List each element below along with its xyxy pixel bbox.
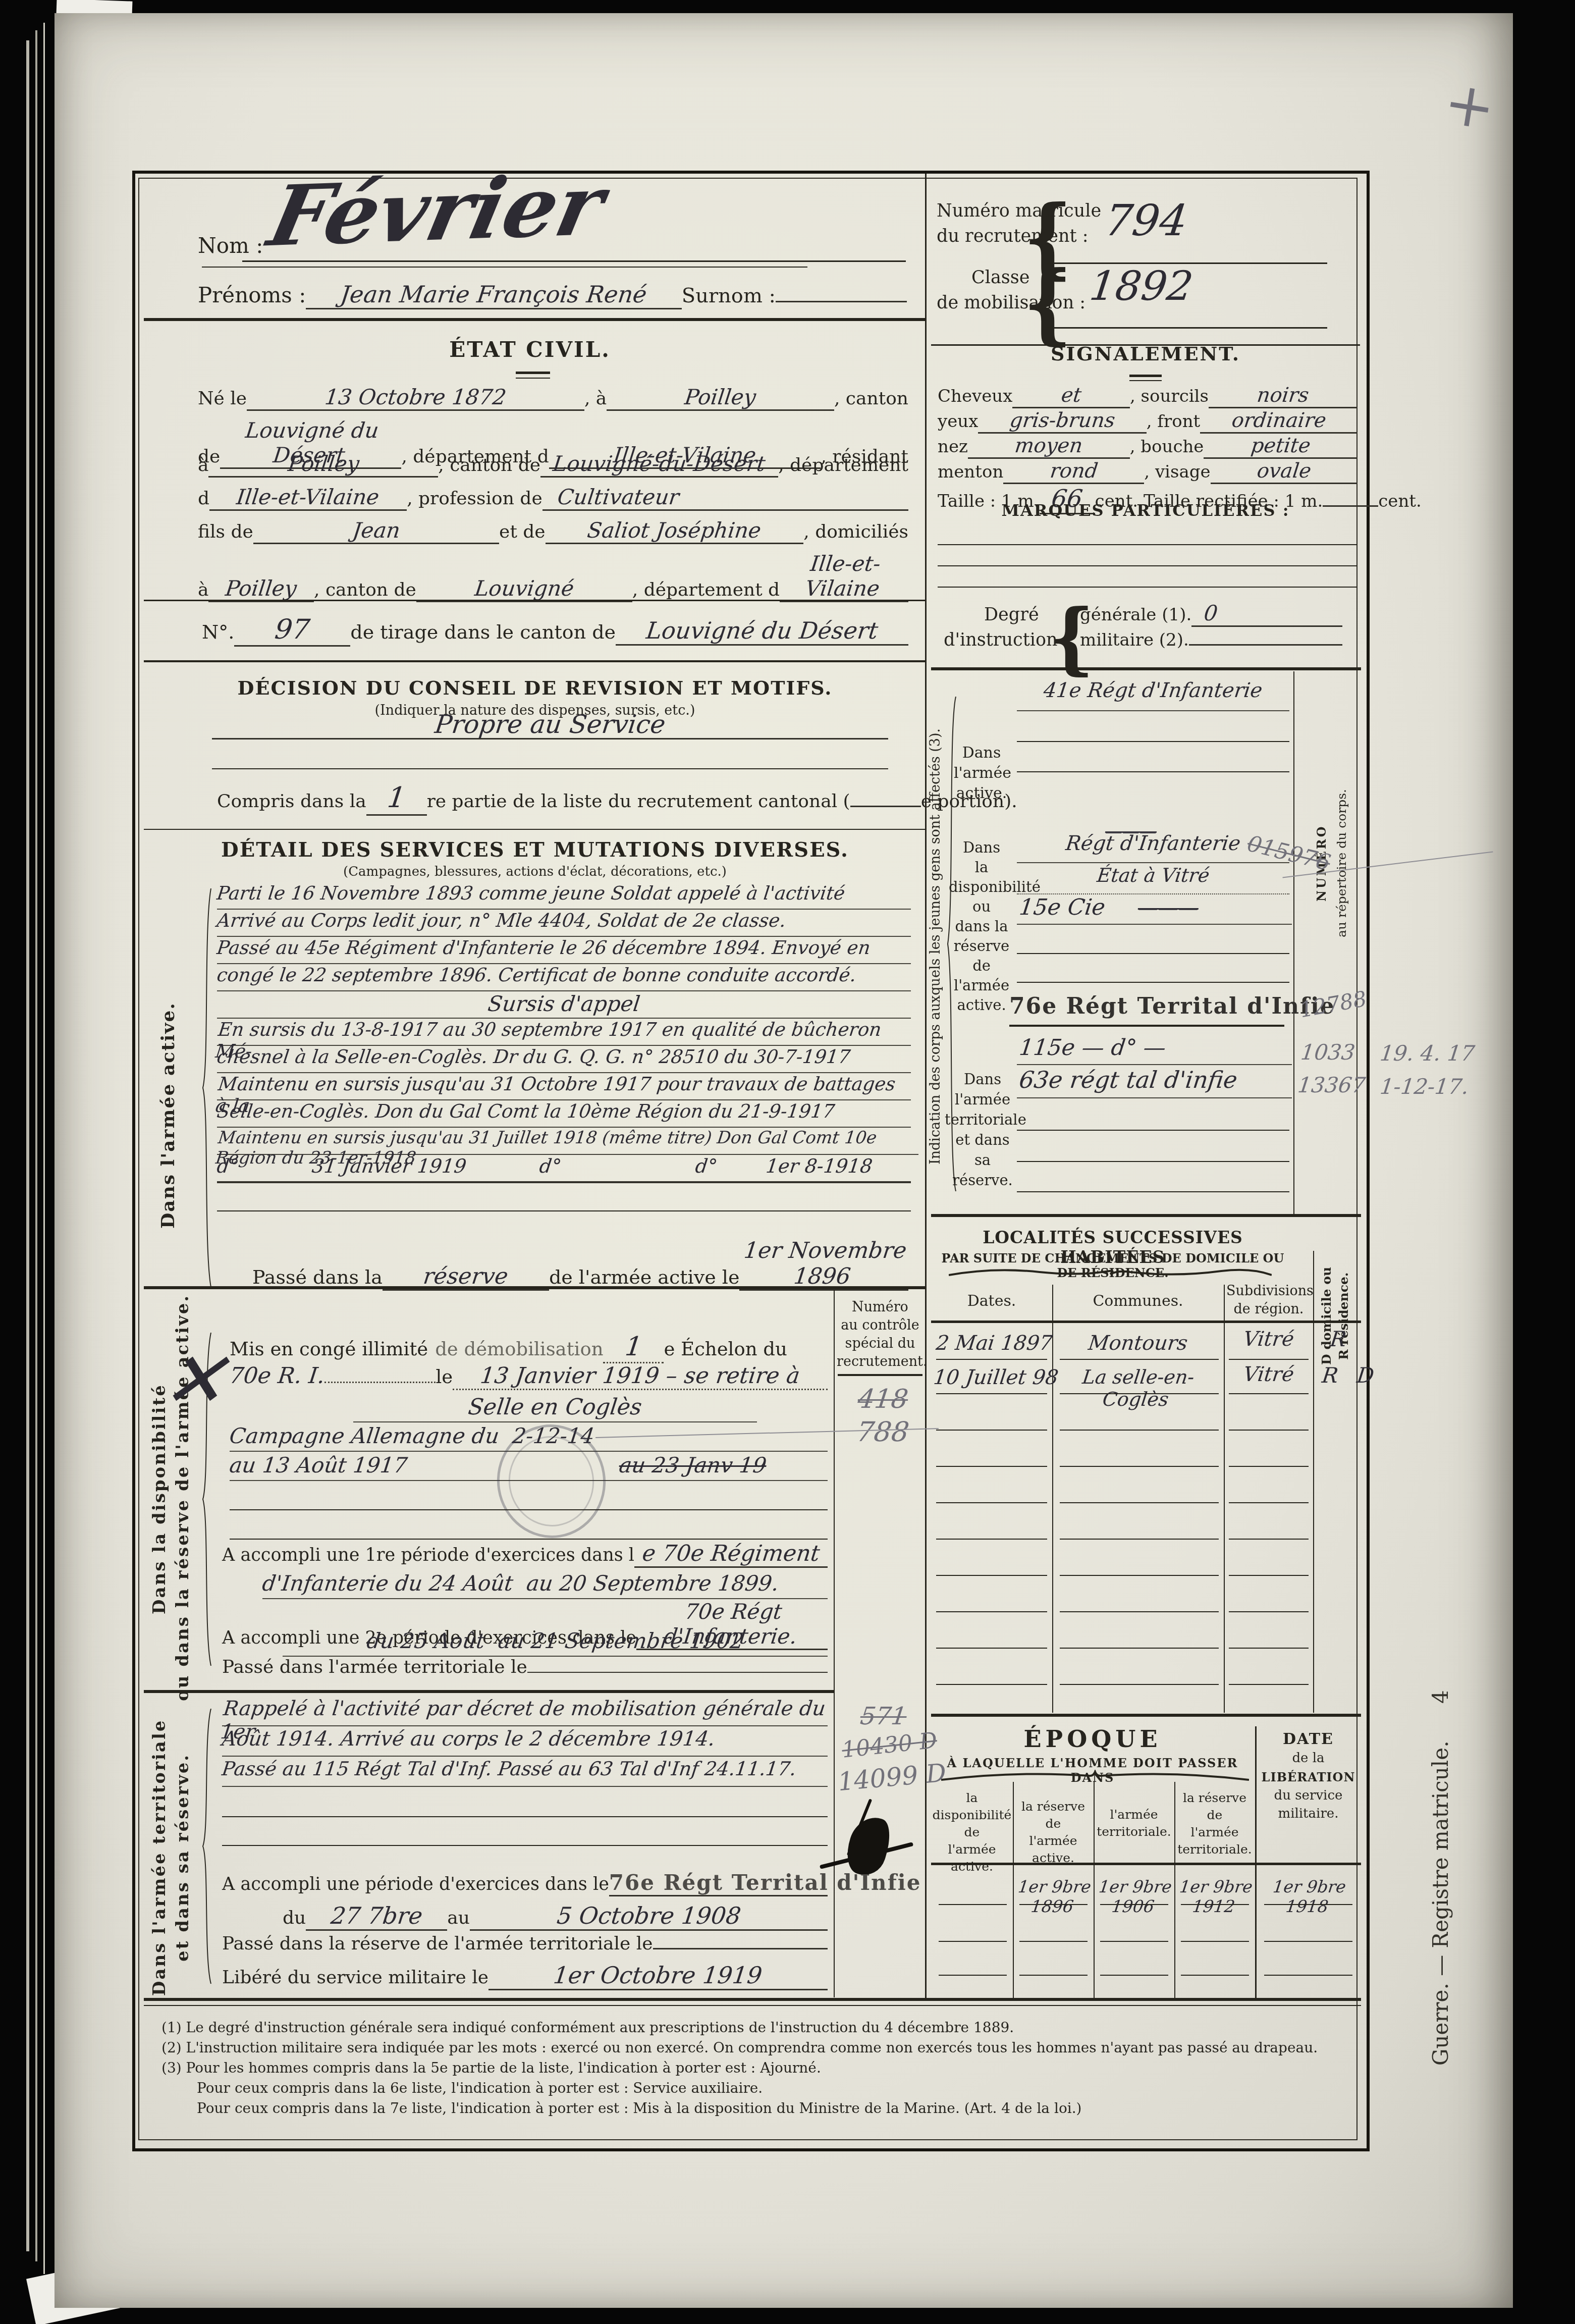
domicile-field: Poilley: [208, 576, 314, 602]
service-text: chesnel à la Selle-en-Coglès. Dr du G. Q…: [215, 1046, 851, 1068]
nom-label: Nom :: [198, 233, 263, 258]
terr-brace-icon: [201, 1709, 213, 1984]
a-label: à: [198, 455, 208, 476]
etat-civil-ornament: [516, 372, 550, 374]
localites-row-line: [1060, 1393, 1219, 1394]
degre-label-1: Degré: [984, 605, 1039, 625]
passe-date-field: 1er Novembre 1896: [739, 1238, 908, 1291]
departement-label: , département: [778, 455, 908, 476]
matricule-label-2: du recrutement :: [937, 226, 1089, 246]
terr-l4: sa réserve.: [952, 1151, 1013, 1189]
nez-label: nez: [938, 437, 968, 457]
main-column-divider: [925, 174, 927, 2001]
service-text: Passé au 45e Régiment d'Infanterie le 26…: [215, 937, 872, 959]
dispo-blank-line: [230, 1539, 828, 1540]
service-line-10: Maintenu en sursis jusqu'au 31 Juillet 1…: [217, 1128, 918, 1155]
section-rule: [144, 660, 925, 662]
repertoire-column-line: [1293, 671, 1294, 1214]
regiment-70-value: 70e R. I.: [228, 1363, 327, 1389]
service-line-9: Selle-en-Coglès. Don du Gal Comt la 10èm…: [217, 1100, 911, 1128]
localites-ornament-icon: [949, 1266, 1272, 1279]
spine-caption-number: 4: [1428, 1690, 1453, 1704]
dispo-entry-2: État à Vitré: [1017, 864, 1289, 894]
armee-active-l2: l'armée active.: [954, 764, 1011, 802]
dispo-l5: de: [972, 957, 991, 974]
dispo-l1: Dans: [963, 839, 1000, 856]
controle-header-rule: [838, 1374, 922, 1376]
localites-bottom-rule: [931, 1714, 1361, 1717]
page-edge-line: [35, 30, 37, 2261]
campagne-fin-struck: au 23 Janv 19: [618, 1453, 768, 1477]
dispo-entry-line: [1017, 982, 1289, 983]
signalement-ornament-2: [1129, 380, 1162, 381]
localites-empty-line: [1060, 1684, 1219, 1685]
epoque-value-territoriale: 1er 9bre 1906: [1093, 1877, 1176, 1916]
localites-header-sub-2: de région.: [1226, 1301, 1311, 1317]
corps-side-label: Indication des corps auxquels les jeunes…: [928, 686, 945, 1206]
et-de-label: et de: [499, 521, 546, 542]
rappel-text: Passé au 115 Régt Tal d'Inf. Passé au 63…: [221, 1758, 797, 1780]
localites-header-dr-2: R résidence.: [1336, 1258, 1351, 1374]
service-line-8: Maintenu en sursis jusqu'au 31 Octobre 1…: [217, 1073, 911, 1100]
service-line-1: Parti le 16 Novembre 1893 comme jeune So…: [217, 882, 911, 910]
dispo-blank-line: [230, 1509, 828, 1510]
localites-empty-line: [1229, 1502, 1309, 1503]
spine-caption-label: Guerre. — Registre matricule.: [1428, 1740, 1453, 2066]
spine-caption: Guerre. — Registre matricule. 4: [1428, 1651, 1453, 2105]
c3-l2: territoriale.: [1097, 1824, 1171, 1839]
conge-dotted-gap: [324, 1382, 436, 1383]
nez-row: nez moyen , bouche petite: [938, 434, 1357, 458]
epoque-value-line: [1019, 1904, 1088, 1905]
epoque-date-header-5: militaire.: [1257, 1806, 1360, 1821]
services-title: DÉTAIL DES SERVICES ET MUTATIONS DIVERSE…: [202, 838, 868, 862]
controle-l2: au contrôle: [841, 1317, 919, 1333]
demobilisation-label: de démobilisation: [435, 1338, 603, 1360]
passe-territoriale-label: Passé dans l'armée territoriale le: [222, 1657, 527, 1677]
entry-63-value: 63e régt tal d'infie: [1018, 1066, 1239, 1093]
dispo-regiment-value: Régt d'Infanterie: [1064, 832, 1242, 855]
decision-value: Propre au Service: [433, 710, 667, 739]
canton-label: , canton: [834, 388, 908, 409]
cent-label: cent.: [1378, 491, 1422, 511]
localites-empty-line: [936, 1648, 1047, 1649]
footnote-2: (2) L'instruction militaire sera indiqué…: [161, 2039, 1352, 2056]
c1-l3: de: [964, 1825, 980, 1839]
canton-de-label: , canton de: [438, 455, 540, 476]
d-label: d: [198, 488, 209, 509]
cheveux-label: Cheveux: [938, 386, 1012, 406]
services-bottom-rule: [144, 1286, 925, 1289]
localite-row-2-dr: R D: [1321, 1363, 1382, 1388]
entry-115: 115e — d° —: [1017, 1035, 1292, 1065]
etat-civil-row-3: à Poilley , canton de Louvigné-du-Désert…: [198, 451, 908, 483]
terr-entry-line: [1017, 1130, 1289, 1131]
marques-title: MARQUES PARTICULIÈRES :: [959, 501, 1332, 520]
localites-empty-line: [936, 1430, 1047, 1431]
a-label: , à: [584, 388, 607, 409]
profession-label: , profession de: [407, 488, 542, 509]
dispo-l6: l'armée active.: [954, 977, 1009, 1014]
militaire-label: militaire (2).: [1080, 630, 1189, 650]
degre-generale-row: générale (1). 0: [1080, 601, 1342, 625]
conge-row-2: 70e R. I. le 13 Janvier 1919 – se retire…: [230, 1363, 828, 1392]
localites-header-sub-1: Subdivisions: [1226, 1283, 1311, 1299]
epoque-value-line: [1181, 1904, 1249, 1905]
service-text: d° 31 Janvier 1919 d° d° 1er 8-1918: [215, 1155, 874, 1177]
nom-underline-2: [202, 267, 807, 268]
militaire-field: [1189, 644, 1342, 646]
etat-civil-row-4: d Ille-et-Vilaine , profession de Cultiv…: [198, 485, 908, 516]
c4-l3: l'armée: [1190, 1825, 1238, 1839]
controle-num-struck: 418: [856, 1384, 910, 1414]
matricule-value: 794: [1102, 196, 1190, 246]
localites-col-line-2: [1224, 1285, 1225, 1713]
epoque-empty-line: [1264, 1975, 1352, 1976]
periode-2-row: A accompli une 2e période d'exercices da…: [222, 1599, 828, 1627]
epoque-date-header: DATE: [1257, 1730, 1360, 1748]
page-edge-line: [43, 23, 45, 2274]
front-label: , front: [1147, 411, 1200, 432]
terr-blank-line: [222, 1845, 828, 1846]
numero-label: N°.: [202, 621, 234, 643]
epoque-value-liberation: 1er 9bre 1918: [1257, 1877, 1360, 1916]
profession-field: Cultivateur: [542, 485, 908, 511]
dispo-compagnie-struck: ———: [1136, 896, 1200, 920]
service-line-6: En sursis du 13-8-1917 au 30 septembre 1…: [217, 1019, 911, 1046]
localite-row-2-commune: La selle-en-Coglès: [1051, 1366, 1223, 1410]
corner-cross-mark: +: [1439, 67, 1500, 144]
armee-active-le-label: de l'armée active le: [549, 1266, 739, 1288]
surnom-label: Surnom :: [682, 284, 776, 307]
terr-side-label-2: et dans sa réserve.: [173, 1731, 193, 1984]
campagne-debut: au 13 Août 1917: [228, 1453, 409, 1477]
terr-periode-label: A accompli une période d'exercices dans …: [222, 1874, 609, 1894]
localites-header-dates: Dates.: [934, 1292, 1050, 1310]
terr-periode-field: 76e Régt Territal d'Infie: [609, 1870, 828, 1896]
localites-empty-line: [936, 1466, 1047, 1467]
epoque-title: ÉPOQUE: [931, 1725, 1254, 1753]
tirage-number-field: 97: [234, 613, 350, 647]
page-edge-line: [26, 40, 29, 2251]
sourcils-label: , sourcils: [1130, 386, 1209, 406]
service-text: Selle-en-Coglès. Don du Gal Comt la 10èm…: [215, 1100, 836, 1122]
signalement-ornament: [1129, 375, 1162, 377]
localites-row-line: [936, 1359, 1047, 1360]
entry-63-number: 13367: [1296, 1073, 1367, 1097]
margin-num-571: 571: [859, 1702, 909, 1730]
localites-empty-line: [1060, 1539, 1219, 1540]
controle-l4: recrutement.: [837, 1354, 928, 1369]
visage-label: , visage: [1144, 462, 1210, 482]
service-line-4: congé le 22 septembre 1896. Certificat d…: [217, 964, 911, 991]
menton-field: rond: [1003, 459, 1144, 484]
epoque-empty-line: [1181, 1941, 1249, 1942]
menton-row: menton rond , visage ovale: [938, 459, 1357, 484]
localites-header-communes: Communes.: [1055, 1292, 1221, 1310]
terr-l3: et dans: [955, 1131, 1009, 1148]
compris-label-2: re partie de la liste du recrutement can…: [427, 791, 850, 812]
etat-civil-ornament-2: [516, 378, 550, 379]
etat-civil-row-6: à Poilley , canton de Louvigné , départe…: [198, 551, 908, 583]
prenoms-label: Prénoms :: [198, 283, 306, 307]
section-rule: [144, 829, 925, 830]
periode-1-row: A accompli une 1re période d'exercices d…: [222, 1541, 828, 1570]
dispo-etat-vitre-value: État à Vitré: [1096, 864, 1211, 886]
marques-line: [938, 565, 1357, 566]
bouche-field: petite: [1204, 434, 1357, 459]
localite-row-1-commune: Montours: [1058, 1332, 1218, 1355]
localites-empty-line: [936, 1575, 1047, 1576]
localites-header-dr-1: D domicile ou: [1319, 1253, 1334, 1379]
scanned-register-page: { "corner": { "mark": "+" }, "spine": { …: [0, 0, 1575, 2324]
dispo-l3: ou: [972, 898, 991, 915]
etat-civil-row-2: de Louvigné du Désert , département d Il…: [198, 418, 908, 449]
mother-field: Saliot Joséphine: [546, 518, 804, 544]
entry-115-number: 1033: [1299, 1040, 1356, 1065]
cheveux-field: et: [1012, 384, 1130, 408]
terr-periode-dates-row: du 27 7bre au 5 Octobre 1908: [283, 1902, 828, 1931]
service-line-3: Passé au 45e Régiment d'Infanterie le 26…: [217, 937, 911, 964]
localites-empty-line: [1229, 1611, 1309, 1612]
terr-side-label-1: Dans l'armée territoriale: [149, 1711, 170, 2004]
bouche-label: , bouche: [1130, 437, 1204, 457]
epoque-empty-line: [939, 1975, 1007, 1976]
passe-label: Passé dans la: [252, 1266, 383, 1288]
epoque-empty-line: [1100, 1941, 1168, 1942]
localites-col-line-1: [1052, 1285, 1053, 1713]
compris-portion-field: [850, 806, 921, 807]
marques-line: [938, 544, 1357, 545]
marques-line: [938, 587, 1357, 588]
decision-value-field: Propre au Service: [212, 706, 888, 740]
conge-row-1: Mis en congé illimité de démobilisation …: [230, 1332, 828, 1361]
father-field: Jean: [253, 518, 499, 544]
c1-l2: disponibilité: [933, 1808, 1012, 1822]
matricule-label-1: Numéro matricule: [937, 201, 1101, 221]
localites-empty-line: [1229, 1430, 1309, 1431]
localites-empty-line: [1060, 1575, 1219, 1576]
armee-active-l1: Dans: [962, 744, 1001, 762]
tirage-label: de tirage dans le canton de: [350, 621, 616, 643]
section-rule: [144, 600, 925, 601]
passe-reserve-terr-label: Passé dans la réserve de l'armée territo…: [222, 1933, 653, 1954]
localites-empty-line: [936, 1684, 1047, 1685]
libere-label: Libéré du service militaire le: [222, 1967, 488, 1988]
localites-empty-line: [1060, 1648, 1219, 1649]
compris-number-field: 1: [366, 781, 427, 816]
repertoire-header-2: au répertoire du corps.: [1334, 742, 1349, 984]
passe-reserve-terr-row: Passé dans la réserve de l'armée territo…: [222, 1933, 828, 1961]
decision-blank-line: [212, 768, 888, 769]
stamp-underline: [1009, 1025, 1284, 1027]
localite-row-1-date: 2 Mai 1897: [935, 1332, 1054, 1355]
stamp-76-regiment: 76e Régt Territal d'Infie: [1009, 993, 1335, 1019]
fils-de-label: fils de: [198, 521, 253, 542]
rappel-line-1: Rappelé à l'activité par décret de mobil…: [222, 1697, 828, 1726]
visage-field: ovale: [1211, 459, 1357, 484]
generale-label: générale (1).: [1080, 605, 1191, 625]
degre-militaire-row: militaire (2).: [1080, 630, 1342, 654]
active-brace-icon: [200, 888, 213, 1287]
localites-empty-line: [1060, 1502, 1219, 1503]
localites-header-rule: [931, 1321, 1361, 1323]
service-line-5: Sursis d'appel: [217, 991, 911, 1019]
dispo-entry-line: [1017, 953, 1289, 954]
ne-le-label: Né le: [198, 388, 247, 409]
residence-canton-field: Louvigné-du-Désert: [540, 451, 778, 478]
tirage-row: N°. 97 de tirage dans le canton de Louvi…: [202, 613, 908, 648]
mis-en-conge-label: Mis en congé illimité: [230, 1338, 428, 1360]
passe-territoriale-field: [527, 1672, 828, 1673]
birth-place-field: Poilley: [607, 385, 834, 411]
retire-value: Selle en Coglès: [467, 1394, 643, 1420]
localites-row-line: [936, 1393, 1047, 1394]
active-entry-1: 41e Régt d'Infanterie: [1017, 679, 1289, 711]
footnotes-top-rule: [144, 1998, 1361, 2001]
localites-empty-line: [936, 1502, 1047, 1503]
c4-l2: de: [1207, 1808, 1223, 1822]
passe-reserve-row: Passé dans la réserve de l'armée active …: [252, 1238, 908, 1268]
dispo-bottom-rule: [144, 1690, 834, 1693]
c1-l1: la: [966, 1790, 978, 1805]
localites-empty-line: [1229, 1466, 1309, 1467]
controle-l1: Numéro: [852, 1299, 908, 1315]
controle-num: 788: [855, 1416, 911, 1448]
name-signature: Février: [261, 156, 613, 266]
periode-1b-field: d'Infanterie du 24 Août au 20 Septembre …: [262, 1571, 828, 1599]
c2-l1: la réserve: [1021, 1799, 1085, 1814]
localite-row-2-date: 10 Juillet 98: [932, 1366, 1060, 1389]
terr-l2: territoriale: [945, 1111, 1026, 1128]
echelon-num-field: 1: [603, 1332, 664, 1363]
classe-label-1: Classe: [971, 268, 1029, 288]
epoque-date-header-2: de la: [1257, 1751, 1360, 1766]
armee-active-label: Dans l'armée active.: [954, 743, 1009, 804]
localite-row-1-sub: Vitré: [1227, 1328, 1310, 1351]
localites-empty-line: [1060, 1466, 1219, 1467]
terr-entry-line: [1017, 1191, 1289, 1192]
echelon-label: e Échelon du: [664, 1338, 787, 1360]
epoque-brace-icon: [941, 1770, 1249, 1782]
active-entry-line: [1017, 771, 1289, 772]
nom-underline: [242, 260, 906, 262]
controle-l3: spécial du: [845, 1336, 915, 1351]
localites-empty-line: [1229, 1575, 1309, 1576]
epoque-empty-line: [939, 1941, 1007, 1942]
terr-entry-line: [1017, 1161, 1289, 1162]
epoque-value-line: [1100, 1904, 1168, 1905]
localites-empty-line: [1060, 1430, 1219, 1431]
terr-l1: Dans l'armée: [955, 1071, 1010, 1108]
etat-civil-row-5: fils de Jean et de Saliot Joséphine , do…: [198, 518, 908, 549]
residence-departement-field: Ille-et-Vilaine: [209, 485, 407, 511]
signalement-title: SIGNALEMENT.: [969, 342, 1322, 365]
prenoms-field: Jean Marie François René: [306, 281, 681, 309]
etat-civil-title: ÉTAT CIVIL.: [353, 337, 707, 362]
epoque-value-line: [1264, 1904, 1352, 1905]
footnotes-top-rule-2: [144, 2005, 1361, 2006]
epoque-col4-header: la réservedel'arméeterritoriale.: [1175, 1789, 1254, 1858]
periode-1-field: e 70e Régiment: [634, 1541, 828, 1568]
yeux-row: yeux gris-bruns , front ordinaire: [938, 409, 1357, 433]
footnote-1: (1) Le degré d'instruction générale sera…: [161, 2019, 1352, 2036]
service-blank-line: [217, 1210, 911, 1211]
au-label: au: [447, 1908, 470, 1928]
dispo-entry-3: 15e Cie ———: [1017, 894, 1292, 925]
territoriale-side-label: Dans l'armée territoriale et dans sa rés…: [945, 1069, 1020, 1190]
entry-63-date: 1-12-17.: [1379, 1074, 1470, 1099]
birth-date-field: 13 Octobre 1872: [247, 385, 584, 411]
a-label: à: [198, 579, 208, 600]
c2-l2: de: [1046, 1816, 1061, 1831]
epoque-value-line: [939, 1904, 1007, 1905]
compris-label: Compris dans la: [217, 791, 366, 812]
dispo-l4: dans la réserve: [954, 918, 1009, 955]
departement-label: , département d: [632, 579, 780, 600]
canton-de-label: , canton de: [314, 579, 416, 600]
epoque-col-line: [1255, 1726, 1257, 1998]
active-entry-line: [1017, 741, 1289, 742]
rappel-line-2: Août 1914. Arrivé au corps le 2 décembre…: [222, 1727, 828, 1757]
terr-date-1-field: 27 7bre: [306, 1902, 447, 1931]
domicile-canton-field: Louvigné: [416, 576, 632, 602]
margin-cross: ✕: [157, 1337, 231, 1424]
localites-row-line: [1229, 1393, 1309, 1394]
footnote-5: Pour ceux compris dans la 7e liste, l'in…: [197, 2100, 1352, 2117]
decision-title: DÉCISION DU CONSEIL DE REVISION ET MOTIF…: [202, 676, 868, 699]
localites-row-line: [1229, 1359, 1309, 1360]
corps-bottom-rule: [931, 1214, 1361, 1217]
footnote-3: (3) Pour les hommes compris dans la 5e p…: [161, 2059, 1352, 2076]
conge-date-field: 13 Janvier 1919 – se retire à: [453, 1363, 828, 1390]
localites-row-line: [1060, 1359, 1219, 1360]
entry-115-date: 19. 4. 17: [1379, 1041, 1476, 1066]
residence-field: Poilley: [208, 451, 438, 478]
localites-empty-line: [1229, 1539, 1309, 1540]
periode-1b-value: d'Infanterie du 24 Août au 20 Septembre …: [261, 1571, 780, 1596]
service-text: Arrivé au Corps ledit jour, n° Mle 4404,…: [215, 910, 787, 931]
front-field: ordinaire: [1200, 409, 1357, 434]
degre-bottom-rule: [931, 667, 1361, 670]
yeux-field: gris-bruns: [978, 409, 1146, 434]
service-line-11: d° 31 Janvier 1919 d° d° 1er 8-1918: [217, 1155, 911, 1183]
localites-empty-line: [936, 1611, 1047, 1612]
surnom-field: [776, 301, 907, 302]
services-subtitle: (Campagnes, blessures, actions d'éclat, …: [202, 864, 868, 879]
dispo-compagnie-value: 15e Cie: [1018, 894, 1107, 920]
c2-l3: l'armée active.: [1029, 1833, 1077, 1865]
epoque-empty-line: [1019, 1975, 1088, 1976]
epoque-date-header-3: LIBÉRATION: [1257, 1770, 1360, 1784]
epoque-header-rule: [931, 1863, 1361, 1865]
domicile-departement-field: Ille-et-Vilaine: [780, 551, 908, 602]
cheveux-row: Cheveux et , sourcils noirs: [938, 384, 1357, 408]
epoque-value-reserve-active: 1er 9bre 1896: [1012, 1877, 1095, 1916]
rappel-text: Août 1914. Arrivé au corps le 2 décembre…: [221, 1727, 716, 1751]
localite-row-2-sub: Vitré: [1227, 1363, 1310, 1386]
passe-reserve-terr-field: [653, 1948, 828, 1949]
header-divider-left: [144, 318, 925, 321]
rappel-line-3: Passé au 115 Régt Tal d'Inf. Passé au 63…: [222, 1758, 828, 1787]
classe-value: 1892: [1087, 262, 1196, 309]
epoque-col2-header: la réservedel'armée active.: [1014, 1798, 1093, 1867]
classe-underline: [1047, 327, 1327, 329]
etat-civil-row-1: Né le 13 Octobre 1872 , à Poilley , cant…: [198, 385, 908, 416]
epoque-empty-line: [1100, 1975, 1168, 1976]
prenoms-row: Prénoms : Jean Marie François René Surno…: [198, 281, 907, 313]
domicilies-label: , domiciliés: [803, 521, 908, 542]
